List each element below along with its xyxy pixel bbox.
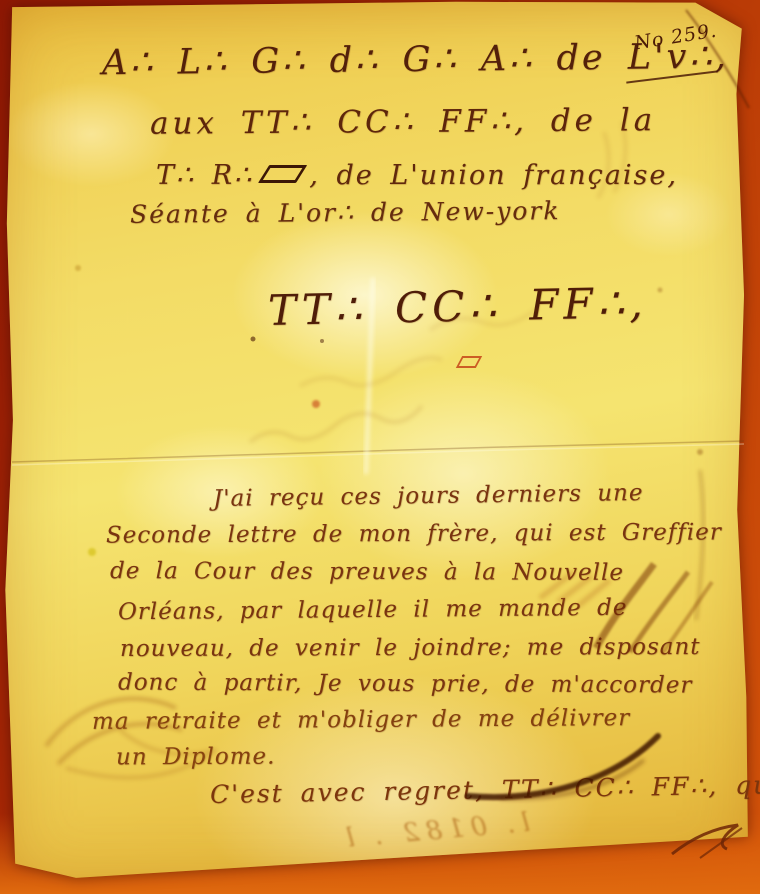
address-line-2: T∴ R∴, de L'union française,	[156, 160, 678, 191]
ink-bleedthrough-marks: l. 0182 . l	[339, 808, 531, 854]
salutation-line: TT∴ CC∴ FF∴,	[268, 278, 649, 335]
address-line-2-prefix: T∴ R∴	[156, 160, 253, 191]
body-line: Orléans, par laquelle il me mande de	[118, 595, 628, 625]
address-line-3: Séante à L'or∴ de New-york	[130, 196, 561, 229]
address-line-1: aux TT∴ CC∴ FF∴, de la	[150, 102, 656, 142]
lodge-symbol-icon	[258, 165, 307, 183]
red-lodge-mark-icon	[456, 356, 482, 368]
body-line: nouveau, de venir le joindre; me disposa…	[120, 634, 701, 662]
handwriting-layer: A∴ L∴ G∴ d∴ G∴ A∴ de L'v∴, No 259. aux T…	[0, 0, 760, 894]
body-line: Seconde lettre de mon frère, qui est Gre…	[106, 519, 722, 548]
body-line: de la Cour des preuves à la Nouvelle	[110, 558, 624, 586]
scanned-letter-photo: A∴ L∴ G∴ d∴ G∴ A∴ de L'v∴, No 259. aux T…	[0, 0, 760, 894]
closing-line: C'est avec regret, TT∴ CC∴ FF∴, que	[210, 770, 760, 809]
body-line: donc à partir, Je vous prie, de m'accord…	[118, 669, 692, 698]
body-line: ma retraite et m'obliger de me délivrer	[92, 705, 630, 735]
body-line: J'ai reçu ces jours derniers une	[213, 480, 644, 512]
body-line: un Diplome.	[116, 744, 276, 771]
address-line-2-suffix: , de L'union française,	[309, 160, 678, 191]
